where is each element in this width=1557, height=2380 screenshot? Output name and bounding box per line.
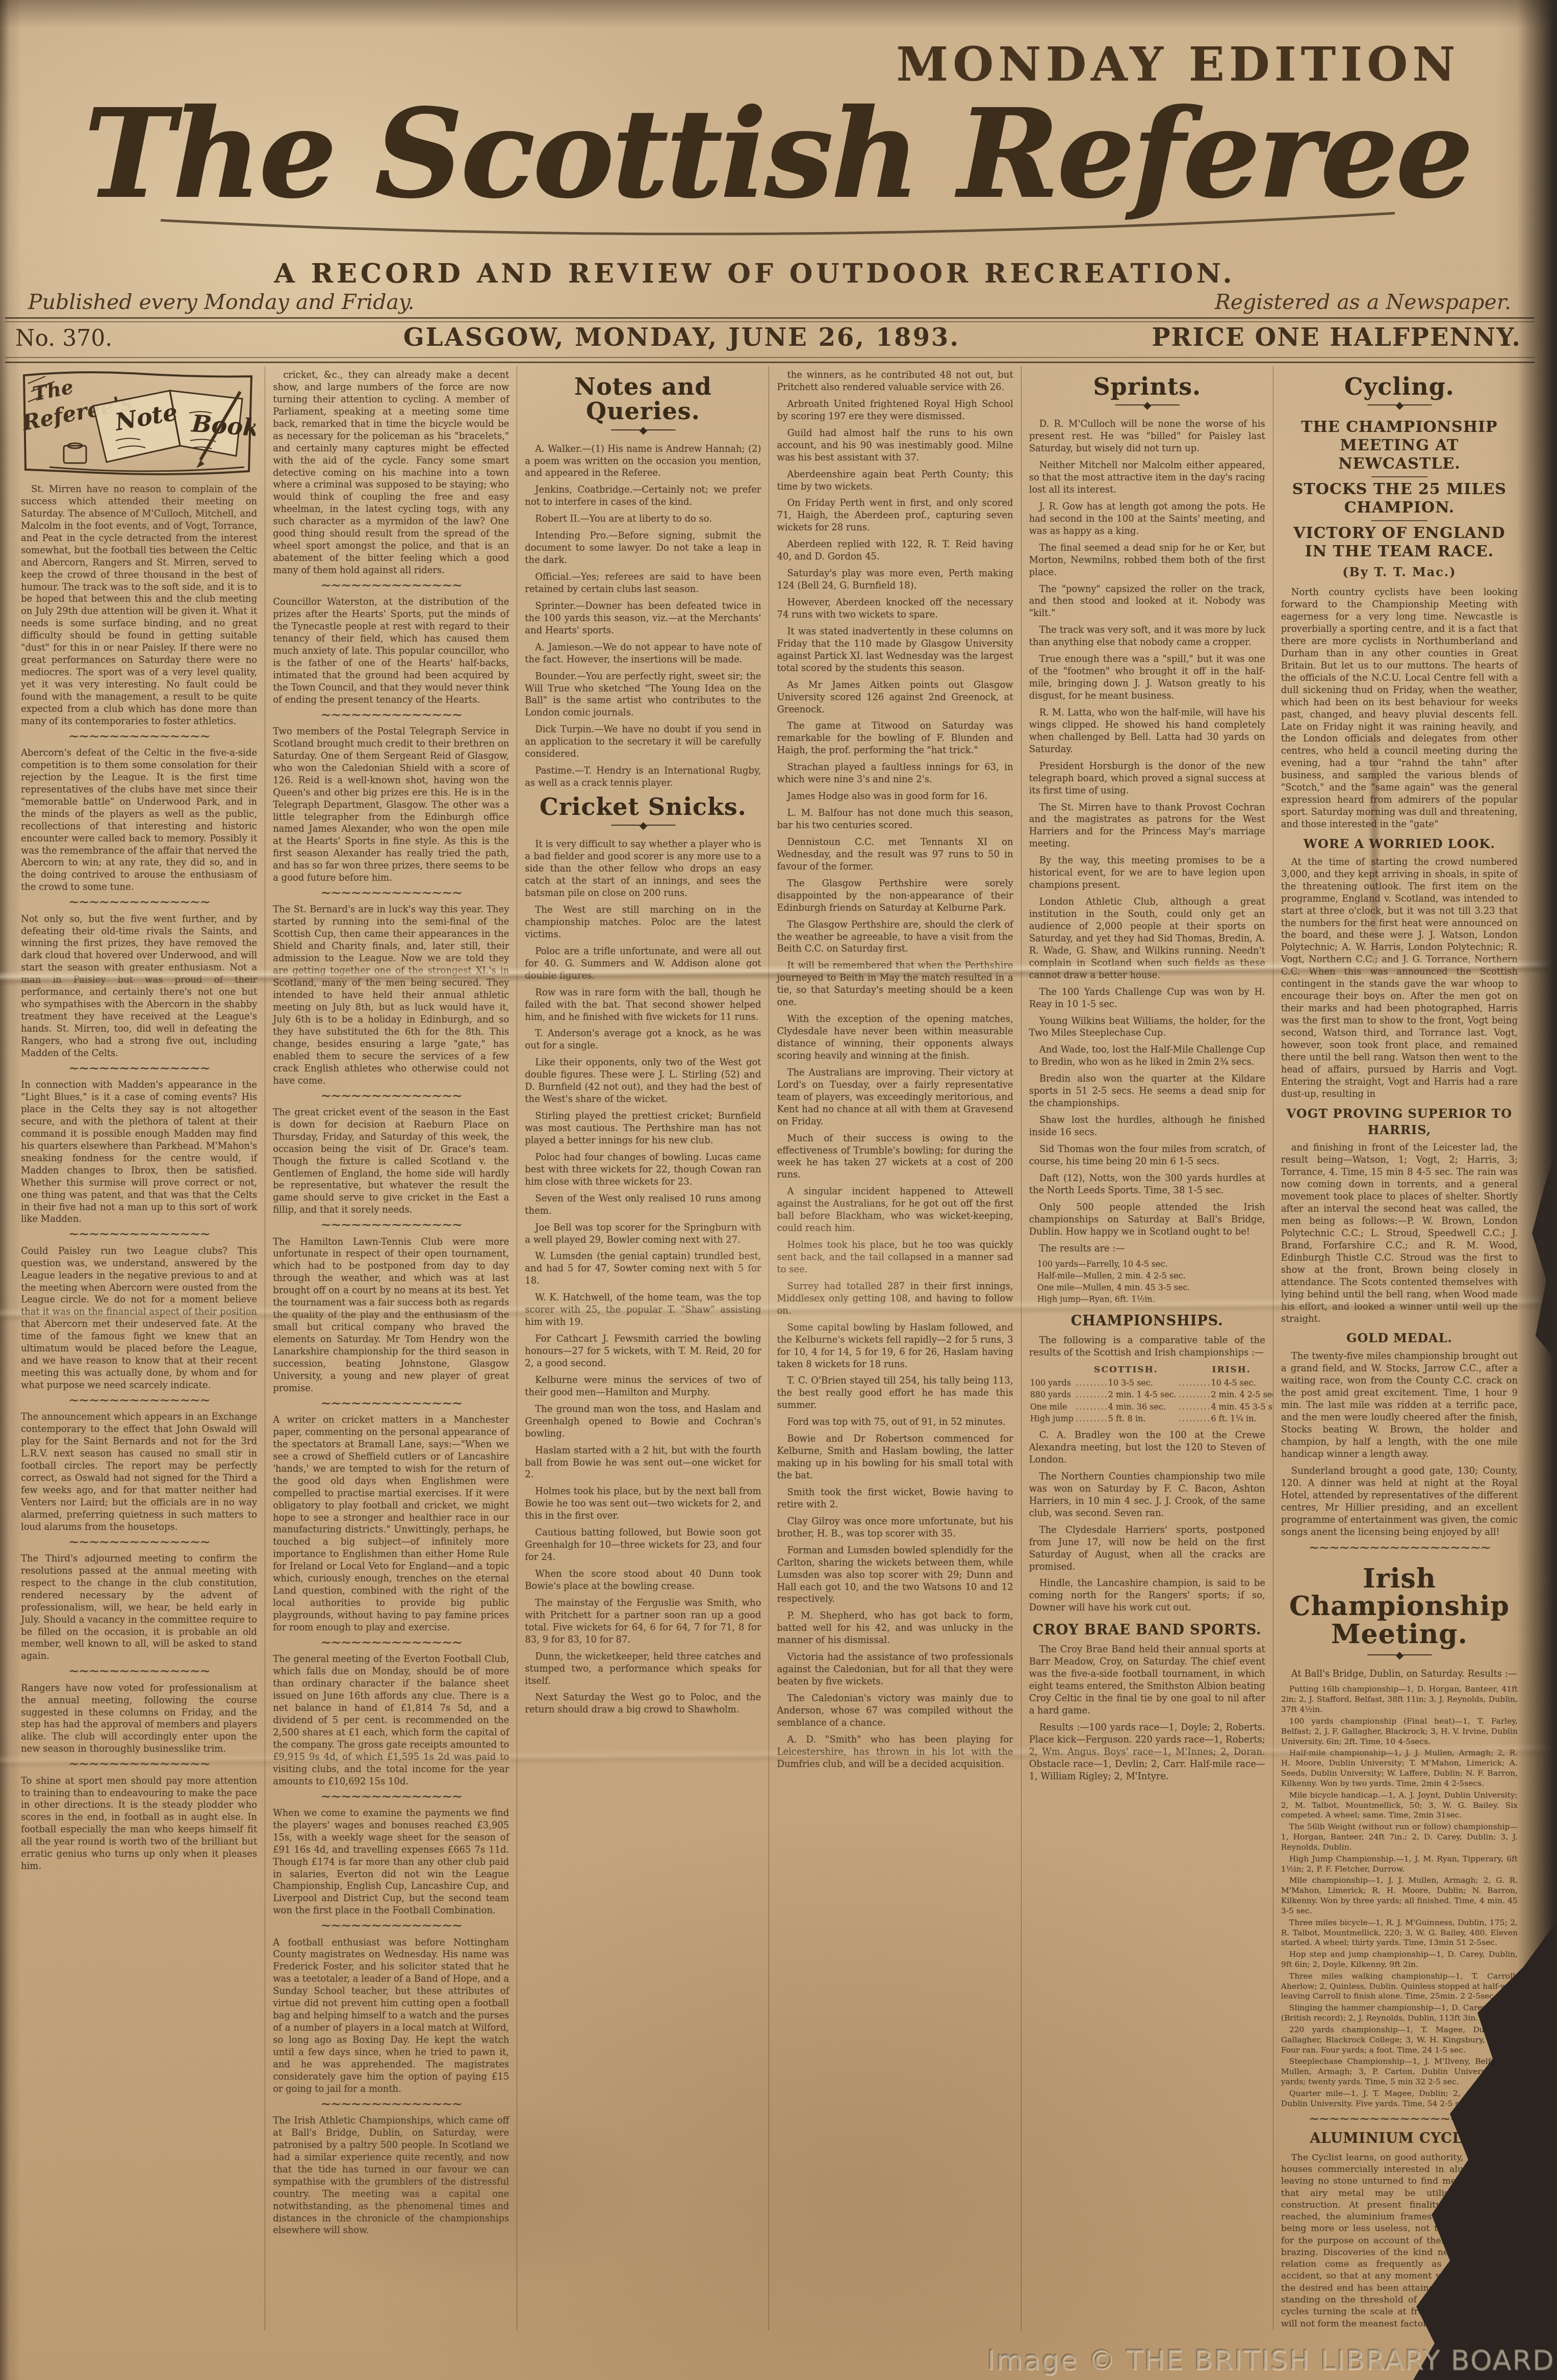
cricket-note: The West are still marching on in the ch… (525, 904, 761, 941)
cricket-note: Arbroath United frightened Royal High Sc… (777, 398, 1013, 423)
cricket-note: T. Anderson's average got a knock, as he… (525, 1028, 761, 1052)
cricket-note: Joe Bell was top scorer for the Springbu… (525, 1222, 761, 1246)
header-ornament (525, 820, 761, 830)
notebook-paragraph: To shine at sport men should pay more at… (21, 1760, 257, 1873)
cricket-note: Clay Gilroy was once more unfortunate, b… (777, 1516, 1013, 1540)
notebook-paragraph: In connection with Madden's appearance i… (21, 1065, 257, 1226)
irish-results-summary: 100 yards—Farrelly, 10 4-5 sec.Half-mile… (1029, 1259, 1265, 1304)
irish-result-line: 100 yards championship (Final heat)—1, T… (1281, 1717, 1518, 1747)
sprint-note: By the way, this meeting promises to be … (1029, 855, 1265, 891)
sprint-note: The Clydesdale Harriers' sports, postpon… (1029, 1524, 1265, 1573)
cricket-note: Forman and Lumsden bowled splendidly for… (777, 1545, 1013, 1606)
cricket-note: Stirling played the prettiest cricket; B… (525, 1110, 761, 1147)
irish-result-line: 220 yards championship—1, T. Magee, Dubl… (1281, 2025, 1518, 2055)
cycling-paragraph: and finishing in front of the Leicester … (1281, 1142, 1518, 1325)
note-paragraph: The Irish Athletic Championships, which … (273, 2101, 509, 2237)
sprint-note: J. R. Gow has at length got among the po… (1029, 501, 1265, 538)
sprint-note: C. A. Bradley won the 100 at the Crewe A… (1029, 1429, 1265, 1466)
notebook-paragraphs: St. Mirren have no reason to complain of… (21, 483, 257, 1873)
aluminium-cycles-body: The Cyclist learns, on good authority, t… (1281, 2152, 1518, 2330)
croy-brae-heading: CROY BRAE BAND SPORTS. (1029, 1621, 1265, 1640)
masthead-subtitle: A RECORD AND REVIEW OF OUTDOOR RECREATIO… (0, 258, 1510, 289)
cricket-note: The Glasgow Perthshire were sorely disap… (777, 878, 1013, 914)
irish-result-line: The 56lb Weight (without run or follow) … (1281, 1822, 1518, 1852)
scottish-cell: 10 3-5 sec. (1075, 1377, 1178, 1389)
query-answer: Intending Pro.—Before signing, submit th… (525, 530, 761, 567)
cricket-note: The mainstay of the Ferguslie was Smith,… (525, 1597, 761, 1646)
cycling-subhead-2: STOCKS THE 25 MILES CHAMPION. (1281, 480, 1518, 517)
masthead-title: The Scottish Referee (84, 83, 1471, 225)
cycling-subhead-1: THE CHAMPIONSHIP MEETING AT NEWCASTLE. (1281, 418, 1518, 473)
cycling-article: North country cyclists have been looking… (1281, 586, 1518, 1538)
cricket-note: Like their opponents, only two of the We… (525, 1057, 761, 1106)
cricket-note: On Friday Perth went in first, and only … (777, 497, 1013, 534)
rule (5, 357, 1535, 358)
query-answer: Robert II.—You are at liberty to do so. (525, 513, 761, 525)
rule (5, 317, 1535, 319)
note-paragraph: Two members of the Postal Telegraph Serv… (273, 711, 509, 884)
sub-headline: VOGT PROVING SUPERIOR TO HARRIS, (1281, 1106, 1518, 1138)
cricket-note: The ground man won the toss, and Haslam … (525, 1403, 761, 1440)
date-city: GLASGOW, MONDAY, JUNE 26, 1893. (229, 323, 1134, 352)
dateline-bar: No. 370. GLASGOW, MONDAY, JUNE 26, 1893.… (15, 323, 1521, 352)
note-paragraph: Councillor Waterston, at the distributio… (273, 582, 509, 706)
cricket-note: With the exception of the opening matche… (777, 1013, 1013, 1062)
irish-result-line: Putting 16lb championship—1, D. Horgan, … (1281, 1684, 1518, 1714)
irish-result-line: High Jump Championship.—1, J. M. Ryan, T… (1281, 1854, 1518, 1875)
cricket-note: Kelburne were minus the services of two … (525, 1374, 761, 1399)
cricket-note: Smith took the first wicket, Bowie havin… (777, 1487, 1013, 1511)
championships-intro: The following is a comparative table of … (1029, 1335, 1265, 1359)
croy-paragraph: Results :—100 yards race—1, Doyle; 2, Ro… (1029, 1722, 1265, 1783)
cycling-subhead-3: VICTORY OF ENGLAND IN THE TEAM RACE. (1281, 524, 1518, 561)
result-line: Half-mile—Mullen, 2 min. 4 2-5 sec. (1029, 1271, 1265, 1282)
sprint-note: The St. Mirren have to thank Provost Coc… (1029, 802, 1265, 851)
sprint-note: The final seemed a dead snip for he or K… (1029, 542, 1265, 579)
cricket-note: Seven of the West only realised 10 runs … (525, 1193, 761, 1217)
cricket-note: Ford was top with 75, out of 91, in 52 m… (777, 1416, 1013, 1428)
cricket-note: It was stated inadvertently in these col… (777, 626, 1013, 675)
column-cycling: Cycling. THE CHAMPIONSHIP MEETING AT NEW… (1273, 366, 1525, 2331)
issue-number: No. 370. (15, 325, 229, 351)
cricket-note: Holmes took his place, but he too was qu… (777, 1239, 1013, 1276)
cricket-note: For Cathcart J. Fewsmith carried the bow… (525, 1333, 761, 1370)
newspaper-columns: The Referee's Note Book St. Mirren have … (13, 366, 1525, 2331)
results-intro: The results are :— (1029, 1243, 1265, 1255)
cricket-note: The Glasgow Perthshire are, should the c… (777, 919, 1013, 956)
note-paragraph: cricket, &c., they can already make a de… (273, 369, 509, 577)
cricket-note: Some capital bowling by Haslam followed,… (777, 1322, 1013, 1371)
sprint-note: Shaw lost the hurdles, although he finis… (1029, 1114, 1265, 1139)
sprint-note: True enough there was a "spill," but it … (1029, 653, 1265, 702)
note-paragraph: The great cricket event of the season in… (273, 1092, 509, 1217)
event-cell: 100 yards (1029, 1377, 1075, 1389)
column-header-irish: IRISH. (1178, 1363, 1273, 1377)
sprints-list: D. R. M'Culloch will be none the worse o… (1029, 418, 1265, 1238)
note-paragraph: The general meeting of the Everton Footb… (273, 1639, 509, 1788)
byline: (By T. T. Mac.) (1281, 564, 1518, 580)
cricket-note: Poloc are a trifle unfortunate, and were… (525, 945, 761, 982)
result-line: 100 yards—Farrelly, 10 4-5 sec. (1029, 1259, 1265, 1270)
cricket-note: Aberdeen replied with 122, R. T. Reid ha… (777, 539, 1013, 563)
notebook-paragraph: Could Paisley run two League clubs? This… (21, 1231, 257, 1392)
sprint-note: Neither Mitchell nor Malcolm either appe… (1029, 459, 1265, 496)
sub-headline: GOLD MEDAL. (1281, 1330, 1518, 1346)
cricket-note: Holmes took his place, but by the next b… (525, 1486, 761, 1522)
cricket-note: It will be remembered that when the Pert… (777, 960, 1013, 1009)
torn-notch (1521, 1147, 1557, 1362)
championships-comparison-table: SCOTTISH. IRISH. 100 yards 10 3-5 sec. 1… (1029, 1363, 1273, 1424)
section-title-irish-championship: Irish Championship Meeting. (1281, 1565, 1518, 1649)
event-cell: High jump (1029, 1413, 1075, 1424)
column-queries-cricket: Notes and Queries. A. Walker.—(1) His na… (517, 366, 769, 2331)
cricket-note: Poloc had four changes of bowling. Lucas… (525, 1151, 761, 1188)
cricket-note: Aberdeenshire again beat Perth County; t… (777, 469, 1013, 493)
cricket-note: Strachan played a faultless innings for … (777, 761, 1013, 786)
cricket-note: P. M. Shepherd, who has got back to form… (777, 1610, 1013, 1647)
notebook-paragraph: St. Mirren have no reason to complain of… (21, 483, 257, 728)
cricket-note: The game at Titwood on Saturday was rema… (777, 720, 1013, 757)
scottish-cell: 5 ft. 8 in. (1075, 1413, 1178, 1424)
section-title-sprints: Sprints. (1029, 374, 1265, 399)
cricket-note: Next Saturday the West go to Poloc, and … (525, 1692, 761, 1716)
cricket-notes-list: the winners, as he contributed 48 not ou… (777, 369, 1013, 1771)
scottish-cell: 4 min. 36 sec. (1075, 1401, 1178, 1413)
cricket-note: As Mr James Aitken points out Glasgow Un… (777, 679, 1013, 716)
divider-squiggle (1281, 1544, 1518, 1551)
query-answer: Pastime.—T. Hendry is an International R… (525, 765, 761, 789)
cricket-note: Victoria had the assistance of two profe… (777, 1651, 1013, 1688)
irish-cell: 4 min. 45 3-5 sec. (1178, 1401, 1273, 1413)
note-paragraph: When we come to examine the payments we … (273, 1793, 509, 1917)
notebook-paragraph: Rangers have now voted for professionali… (21, 1668, 257, 1755)
note-paragraph: A football enthusiast was before Notting… (273, 1922, 509, 2095)
sprint-note: Only 500 people attended the Irish champ… (1029, 1201, 1265, 1238)
rule (1371, 520, 1427, 521)
irish-result-line: Half-mile championship—1, J. J. Mullen, … (1281, 1748, 1518, 1788)
library-watermark: Image © THE BRITISH LIBRARY BOARD. ALL R… (987, 2344, 1557, 2376)
query-answer: Bounder.—You are perfectly right, sweet … (525, 671, 761, 720)
irish-meeting-intro: At Ball's Bridge, Dublin, on Saturday. R… (1281, 1668, 1518, 1680)
irish-result-line: Three miles walking championship—1, T. C… (1281, 1972, 1518, 2002)
rule (1371, 476, 1427, 477)
irish-result-line: Steeplechase Championship—1, J. M'Ilveny… (1281, 2057, 1518, 2087)
notebook-paragraph: Not only so, but the five went further, … (21, 899, 257, 1060)
rule (5, 321, 1535, 322)
sprint-note: Young Wilkins beat Williams, the holder,… (1029, 1015, 1265, 1040)
event-cell: One mile (1029, 1401, 1075, 1413)
column-sprints: Sprints. D. R. M'Culloch will be none th… (1022, 366, 1273, 2331)
sprint-note: The track was very soft, and it was more… (1029, 624, 1265, 649)
query-answer: Sprinter.—Downer has been defeated twice… (525, 600, 761, 637)
aluminium-cycles-heading: ALUMINIUM CYCLES. (1281, 2130, 1518, 2148)
cricket-note: The Caledonian's victory was mainly due … (777, 1693, 1013, 1729)
sprint-note: Sid Thomas won the four miles from scrat… (1029, 1143, 1265, 1168)
cricket-note: T. C. O'Brien stayed till 254, his tally… (777, 1375, 1013, 1412)
table-row: One mile 4 min. 36 sec. 4 min. 45 3-5 se… (1029, 1401, 1273, 1413)
query-answer: Jenkins, Coatbridge.—Certainly not; we p… (525, 484, 761, 508)
cricket-note: A. D. "Smith" who has been playing for L… (777, 1734, 1013, 1771)
irish-cell: 10 4-5 sec. (1178, 1377, 1273, 1389)
irish-result-line: Quarter mile—1, J. T. Magee, Dublin; 2, … (1281, 2089, 1518, 2109)
cricket-note: Saturday's play was more even, Perth mak… (777, 568, 1013, 592)
publication-line: Published every Monday and Friday. Regis… (28, 290, 1511, 314)
cricket-note: Much of their success is owing to the ef… (777, 1133, 1013, 1182)
cycling-paragraph: Sunderland brought a good gate, 130; Cou… (1281, 1465, 1518, 1539)
cricket-note: Surrey had totalled 287 in their first i… (777, 1281, 1013, 1317)
cricket-note: Dennistoun C.C. met Tennants XI on Wedne… (777, 836, 1013, 873)
cricket-note: However, Aberdeen knocked off the necess… (777, 597, 1013, 621)
cycling-paragraph: North country cyclists have been looking… (1281, 586, 1518, 831)
notebook-paragraph: The Third's adjourned meeting to confirm… (21, 1539, 257, 1663)
cricket-note: Dunn, the wicketkeeper, held three catch… (525, 1651, 761, 1687)
masthead-title-art: The Scottish Referee (28, 71, 1527, 250)
scottish-cell: 2 min. 1 4-5 sec. (1075, 1389, 1178, 1400)
irish-result-line: Mile bicycle handicap.—1, A. J. Joynt, D… (1281, 1790, 1518, 1821)
column-notes-continued: cricket, &c., they can already make a de… (265, 366, 517, 2331)
irish-results-list: Putting 16lb championship—1, D. Horgan, … (1281, 1684, 1518, 2109)
sprint-note: D. R. M'Culloch will be none the worse o… (1029, 418, 1265, 455)
sprint-note: President Horsburgh is the donor of the … (1029, 760, 1265, 797)
section-title-notes-and-queries: Notes and Queries. (525, 374, 761, 424)
table-corner (1029, 1363, 1075, 1377)
cricket-note: Haslam started with a 2 hit, but with th… (525, 1445, 761, 1481)
price: PRICE ONE HALFPENNY. (1134, 323, 1521, 352)
irish-result-line: Slinging the hammer championship—1, D. C… (1281, 2003, 1518, 2024)
note-book-illustration: The Referee's Note Book (21, 369, 256, 477)
sprint-note: The 100 Yards Challenge Cup was won by H… (1029, 986, 1265, 1011)
cricket-note: W. Lumsden (the genial captain) trundled… (525, 1250, 761, 1287)
cricket-note: W. K. Hatchwell, of the home team, was t… (525, 1292, 761, 1328)
query-answer: Official.—Yes; referees are said to have… (525, 571, 761, 596)
queries-list: A. Walker.—(1) His name is Andrew Hannah… (525, 443, 761, 789)
result-line: One mile—Mullen, 4 min. 45 3-5 sec. (1029, 1283, 1265, 1293)
sprint-note: The "powny" capsized the roller on the t… (1029, 583, 1265, 620)
sprints-post-list: C. A. Bradley won the 100 at the Crewe A… (1029, 1429, 1265, 1614)
event-cell: 880 yards (1029, 1389, 1075, 1400)
cycling-paragraph: The twenty-five miles championship broug… (1281, 1350, 1518, 1460)
cricket-note: When the score stood about 40 Dunn took … (525, 1568, 761, 1593)
note-paragraph: A writer on cricket matters in a Manches… (273, 1400, 509, 1634)
header-ornament (1281, 1650, 1518, 1660)
cricket-note: A singular incident happened to Attewell… (777, 1186, 1013, 1235)
note-paragraph: The St. Bernard's are in luck's way this… (273, 889, 509, 1087)
newspaper-front-page: MONDAY EDITION The Scottish Referee A RE… (0, 0, 1557, 2380)
cricket-snicks-list: It is very difficult to say whether a pl… (525, 838, 761, 1716)
notebook-paragraph: The announcement which appears in an Exc… (21, 1397, 257, 1533)
sprint-note: And Wade, too, lost the Half-Mile Challe… (1029, 1044, 1265, 1068)
rule (5, 362, 1535, 363)
column-header-scottish: SCOTTISH. (1075, 1363, 1178, 1377)
column-note-book: The Referee's Note Book St. Mirren have … (13, 366, 265, 2331)
cricket-note: Bowie and Dr Robertson commenced for Kel… (777, 1433, 1013, 1482)
sprint-note: The Northern Counties championship two m… (1029, 1471, 1265, 1520)
irish-result-line: Three miles bicycle—1, R. J. M'Guinness,… (1281, 1918, 1518, 1948)
cricket-note: L. M. Balfour has not done much this sea… (777, 807, 1013, 832)
table-row: 100 yards 10 3-5 sec. 10 4-5 sec. (1029, 1377, 1273, 1389)
cricket-note: Row was in rare form with the ball, thou… (525, 987, 761, 1023)
cricket-note: The Australians are improving. Their vic… (777, 1067, 1013, 1128)
cricket-note: It is very difficult to say whether a pl… (525, 838, 761, 900)
irish-result-line: Mile championship—1, J. J. Mullen, Armag… (1281, 1876, 1518, 1916)
cricket-note: James Hodge also was in good form for 16… (777, 790, 1013, 803)
query-answer: A. Jamieson.—We do not appear to have no… (525, 642, 761, 666)
cycling-paragraph: At the time of starting the crowd number… (1281, 856, 1518, 1101)
sprint-note: Bredin also won the quarter at the Kilda… (1029, 1073, 1265, 1110)
header-ornament (525, 425, 761, 435)
sub-headline: WORE A WORRIED LOOK. (1281, 836, 1518, 852)
notebook-paragraph: Abercorn's defeat of the Celtic in the f… (21, 733, 257, 894)
header-ornament (1029, 400, 1265, 410)
sprint-note: R. M. Latta, who won the half-mile, will… (1029, 707, 1265, 756)
registered-note: Registered as a Newspaper. (1215, 290, 1511, 314)
column-cricket-continued: the winners, as he contributed 48 not ou… (769, 366, 1021, 2331)
cricket-note: Guild had almost half the runs to his ow… (777, 427, 1013, 464)
irish-cell: 6 ft. 1¼ in. (1178, 1413, 1273, 1424)
irish-cell: 2 min. 4 2-5 sec. (1178, 1389, 1273, 1400)
croy-paragraph: The Croy Brae Band held their annual spo… (1029, 1644, 1265, 1717)
table-row: 880 yards 2 min. 1 4-5 sec. 2 min. 4 2-5… (1029, 1389, 1273, 1400)
header-ornament (1281, 400, 1518, 410)
sprint-note: Hindle, the Lancashire champion, is said… (1029, 1577, 1265, 1614)
query-answer: A. Walker.—(1) His name is Andrew Hannah… (525, 443, 761, 480)
table-row: High jump 5 ft. 8 in. 6 ft. 1¼ in. (1029, 1413, 1273, 1424)
irish-result-line: Hop step and jump championship—1, D. Car… (1281, 1950, 1518, 1970)
sprint-note: Daft (12), Notts, won the 300 yards hurd… (1029, 1172, 1265, 1197)
result-line: High jump—Ryan, 6ft. 1½in. (1029, 1294, 1265, 1305)
query-answer: Dick Turpin.—We have no doubt if you sen… (525, 724, 761, 760)
published-note: Published every Monday and Friday. (28, 290, 415, 314)
cricket-note: Cautious batting followed, but Bowie soo… (525, 1527, 761, 1564)
sprint-note: London Athletic Club, although a great i… (1029, 896, 1265, 982)
section-title-cycling: Cycling. (1281, 374, 1518, 399)
championships-heading: CHAMPIONSHIPS. (1029, 1312, 1265, 1330)
top-edge-shadow (0, 0, 1557, 28)
notebook-word-book: Book (190, 410, 256, 442)
column2-paragraphs: cricket, &c., they can already make a de… (273, 369, 509, 2237)
croy-section: The Croy Brae Band held their annual spo… (1029, 1644, 1265, 1782)
section-title-cricket-snicks: Cricket Snicks. (525, 795, 761, 819)
note-paragraph: The Hamilton Lawn-Tennis Club were more … (273, 1221, 509, 1394)
cricket-note: the winners, as he contributed 48 not ou… (777, 369, 1013, 394)
divider-squiggle (1281, 2115, 1518, 2122)
